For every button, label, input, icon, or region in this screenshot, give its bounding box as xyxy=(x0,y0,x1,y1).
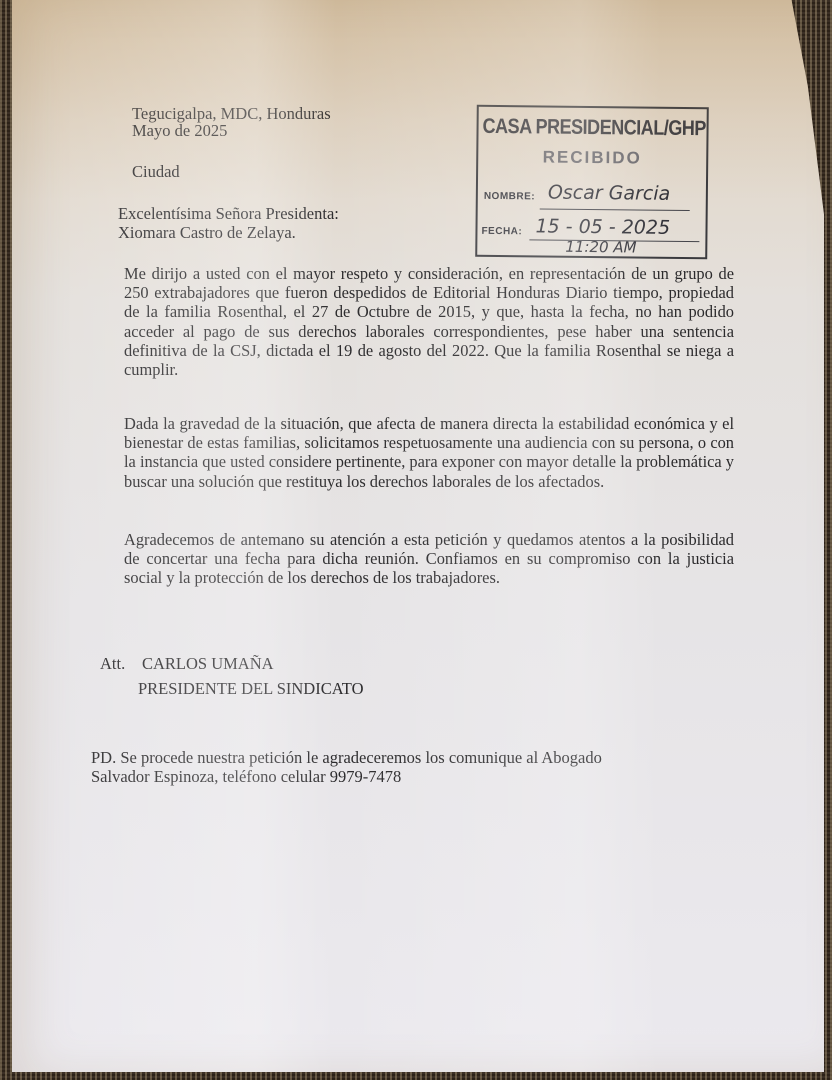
signature-name: CARLOS UMAÑA xyxy=(142,654,274,673)
signature-title: PRESIDENTE DEL SINDICATO xyxy=(138,679,364,698)
stamp-received-label: RECIBIDO xyxy=(478,147,706,169)
city-line: Ciudad xyxy=(132,162,180,181)
letter-paper: Tegucigalpa, MDC, Honduras Mayo de 2025 … xyxy=(12,0,824,1072)
stamp-name-handwritten: Oscar Garcia xyxy=(548,182,671,205)
postscript-line-2: Salvador Espinoza, teléfono celular 9979… xyxy=(91,767,401,786)
received-stamp: CASA PRESIDENCIAL/GHP RECIBIDO NOMBRE: O… xyxy=(475,105,709,259)
stamp-title: CASA PRESIDENCIAL/GHP xyxy=(482,115,706,141)
stamp-name-label: NOMBRE: xyxy=(484,191,535,203)
stamp-date-handwritten: 15 - 05 - 2025 xyxy=(535,215,670,238)
signature-prefix: Att. xyxy=(100,654,125,673)
stamp-date-label: FECHA: xyxy=(481,226,522,237)
date-line: Mayo de 2025 xyxy=(132,121,227,140)
body-paragraph-1: Me dirijo a usted con el mayor respeto y… xyxy=(124,264,734,379)
postscript-line-1: PD. Se procede nuestra petición le agrad… xyxy=(91,748,602,767)
body-paragraph-3: Agradecemos de antemano su atención a es… xyxy=(124,530,734,588)
stamp-name-underline xyxy=(540,208,690,211)
body-paragraph-2: Dada la gravedad de la situación, que af… xyxy=(124,414,734,491)
stamp-time-handwritten: 11:20 AM xyxy=(565,238,636,257)
salutation-line: Excelentísima Señora Presidenta: xyxy=(118,204,339,223)
recipient-line: Xiomara Castro de Zelaya. xyxy=(118,223,296,242)
